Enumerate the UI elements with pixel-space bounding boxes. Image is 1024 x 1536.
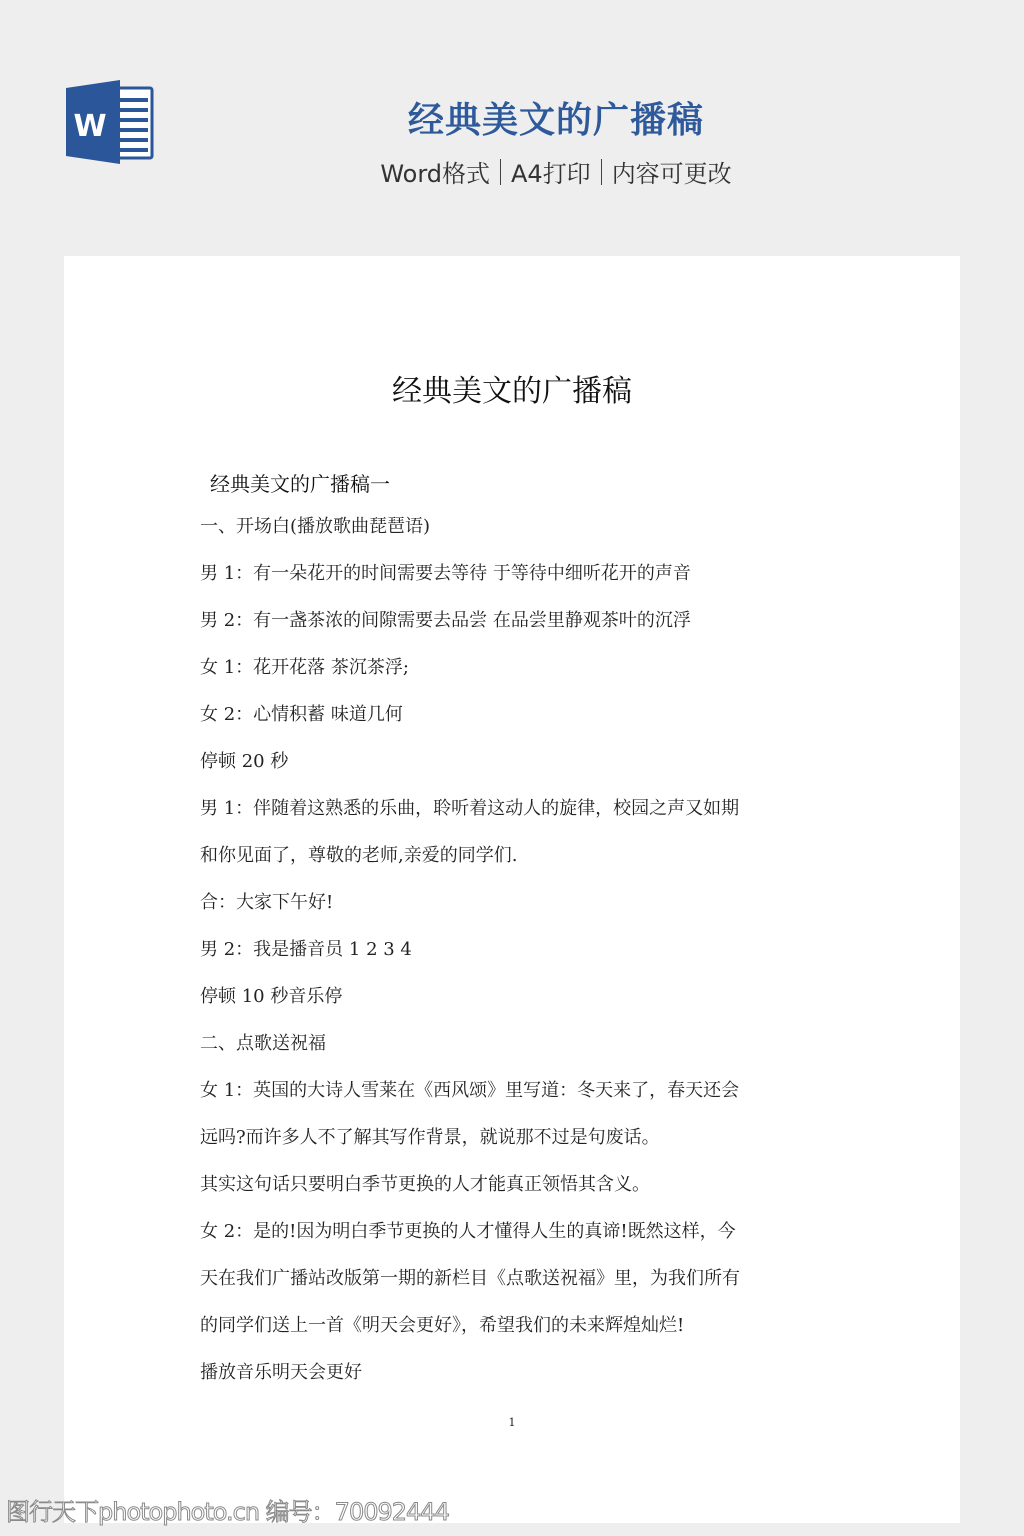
canvas: W 经典美文的广播稿 Word格式 A4打印 内容可更改 经典美文的广播稿 经典…: [0, 0, 1024, 1536]
section-heading: 经典美文的广播稿一: [210, 468, 390, 497]
document-page: 经典美文的广播稿 经典美文的广播稿一 一、开场白(播放歌曲琵琶语) 男 1：有一…: [64, 256, 960, 1523]
subtitle-divider: [601, 159, 602, 185]
paragraph-line: 和你见面了，尊敬的老师,亲爱的同学们.: [200, 841, 840, 888]
banner-subtitle: Word格式 A4打印 内容可更改: [300, 154, 812, 189]
paragraph-line: 播放音乐明天会更好: [200, 1358, 840, 1405]
document-title: 经典美文的广播稿: [64, 366, 960, 410]
watermark: 图行天下photophoto.cn 编号：70092444: [6, 1492, 449, 1527]
svg-text:W: W: [73, 109, 106, 144]
document-body: 一、开场白(播放歌曲琵琶语) 男 1：有一朵花开的时间需要去等待 于等待中细听花…: [200, 512, 840, 1405]
subtitle-editable: 内容可更改: [612, 154, 732, 189]
paragraph-line: 合：大家下午好!: [200, 888, 840, 935]
paragraph-line: 停顿 10 秒音乐停: [200, 982, 840, 1029]
paragraph-line: 男 1：有一朵花开的时间需要去等待 于等待中细听花开的声音: [200, 559, 840, 606]
paragraph-line: 远吗?而许多人不了解其写作背景，就说那不过是句废话。: [200, 1123, 840, 1170]
paragraph-line: 其实这句话只要明白季节更换的人才能真正领悟其含义。: [200, 1170, 840, 1217]
paragraph-line: 男 2：有一盏茶浓的间隙需要去品尝 在品尝里静观茶叶的沉浮: [200, 606, 840, 653]
page-number: 1: [64, 1416, 960, 1429]
paragraph-line: 二、点歌送祝福: [200, 1029, 840, 1076]
paragraph-line: 男 1：伴随着这熟悉的乐曲，聆听着这动人的旋律，校园之声又如期: [200, 794, 840, 841]
subtitle-print: A4打印: [511, 154, 591, 189]
paragraph-line: 女 1：花开花落 茶沉茶浮;: [200, 653, 840, 700]
paragraph-line: 女 2：心情积蓄 味道几何: [200, 700, 840, 747]
paragraph-line: 天在我们广播站改版第一期的新栏目《点歌送祝福》里，为我们所有: [200, 1264, 840, 1311]
paragraph-line: 女 2：是的!因为明白季节更换的人才懂得人生的真谛!既然这样，今: [200, 1217, 840, 1264]
paragraph-line: 的同学们送上一首《明天会更好》，希望我们的未来辉煌灿烂!: [200, 1311, 840, 1358]
word-doc-icon: W: [64, 80, 156, 164]
subtitle-divider: [500, 159, 501, 185]
paragraph-line: 男 2：我是播音员 1 2 3 4: [200, 935, 840, 982]
banner-title: 经典美文的广播稿: [300, 92, 812, 143]
paragraph-line: 女 1：英国的大诗人雪莱在《西风颂》里写道：冬天来了，春天还会: [200, 1076, 840, 1123]
paragraph-line: 一、开场白(播放歌曲琵琶语): [200, 512, 840, 559]
paragraph-line: 停顿 20 秒: [200, 747, 840, 794]
subtitle-format: Word格式: [380, 154, 490, 189]
